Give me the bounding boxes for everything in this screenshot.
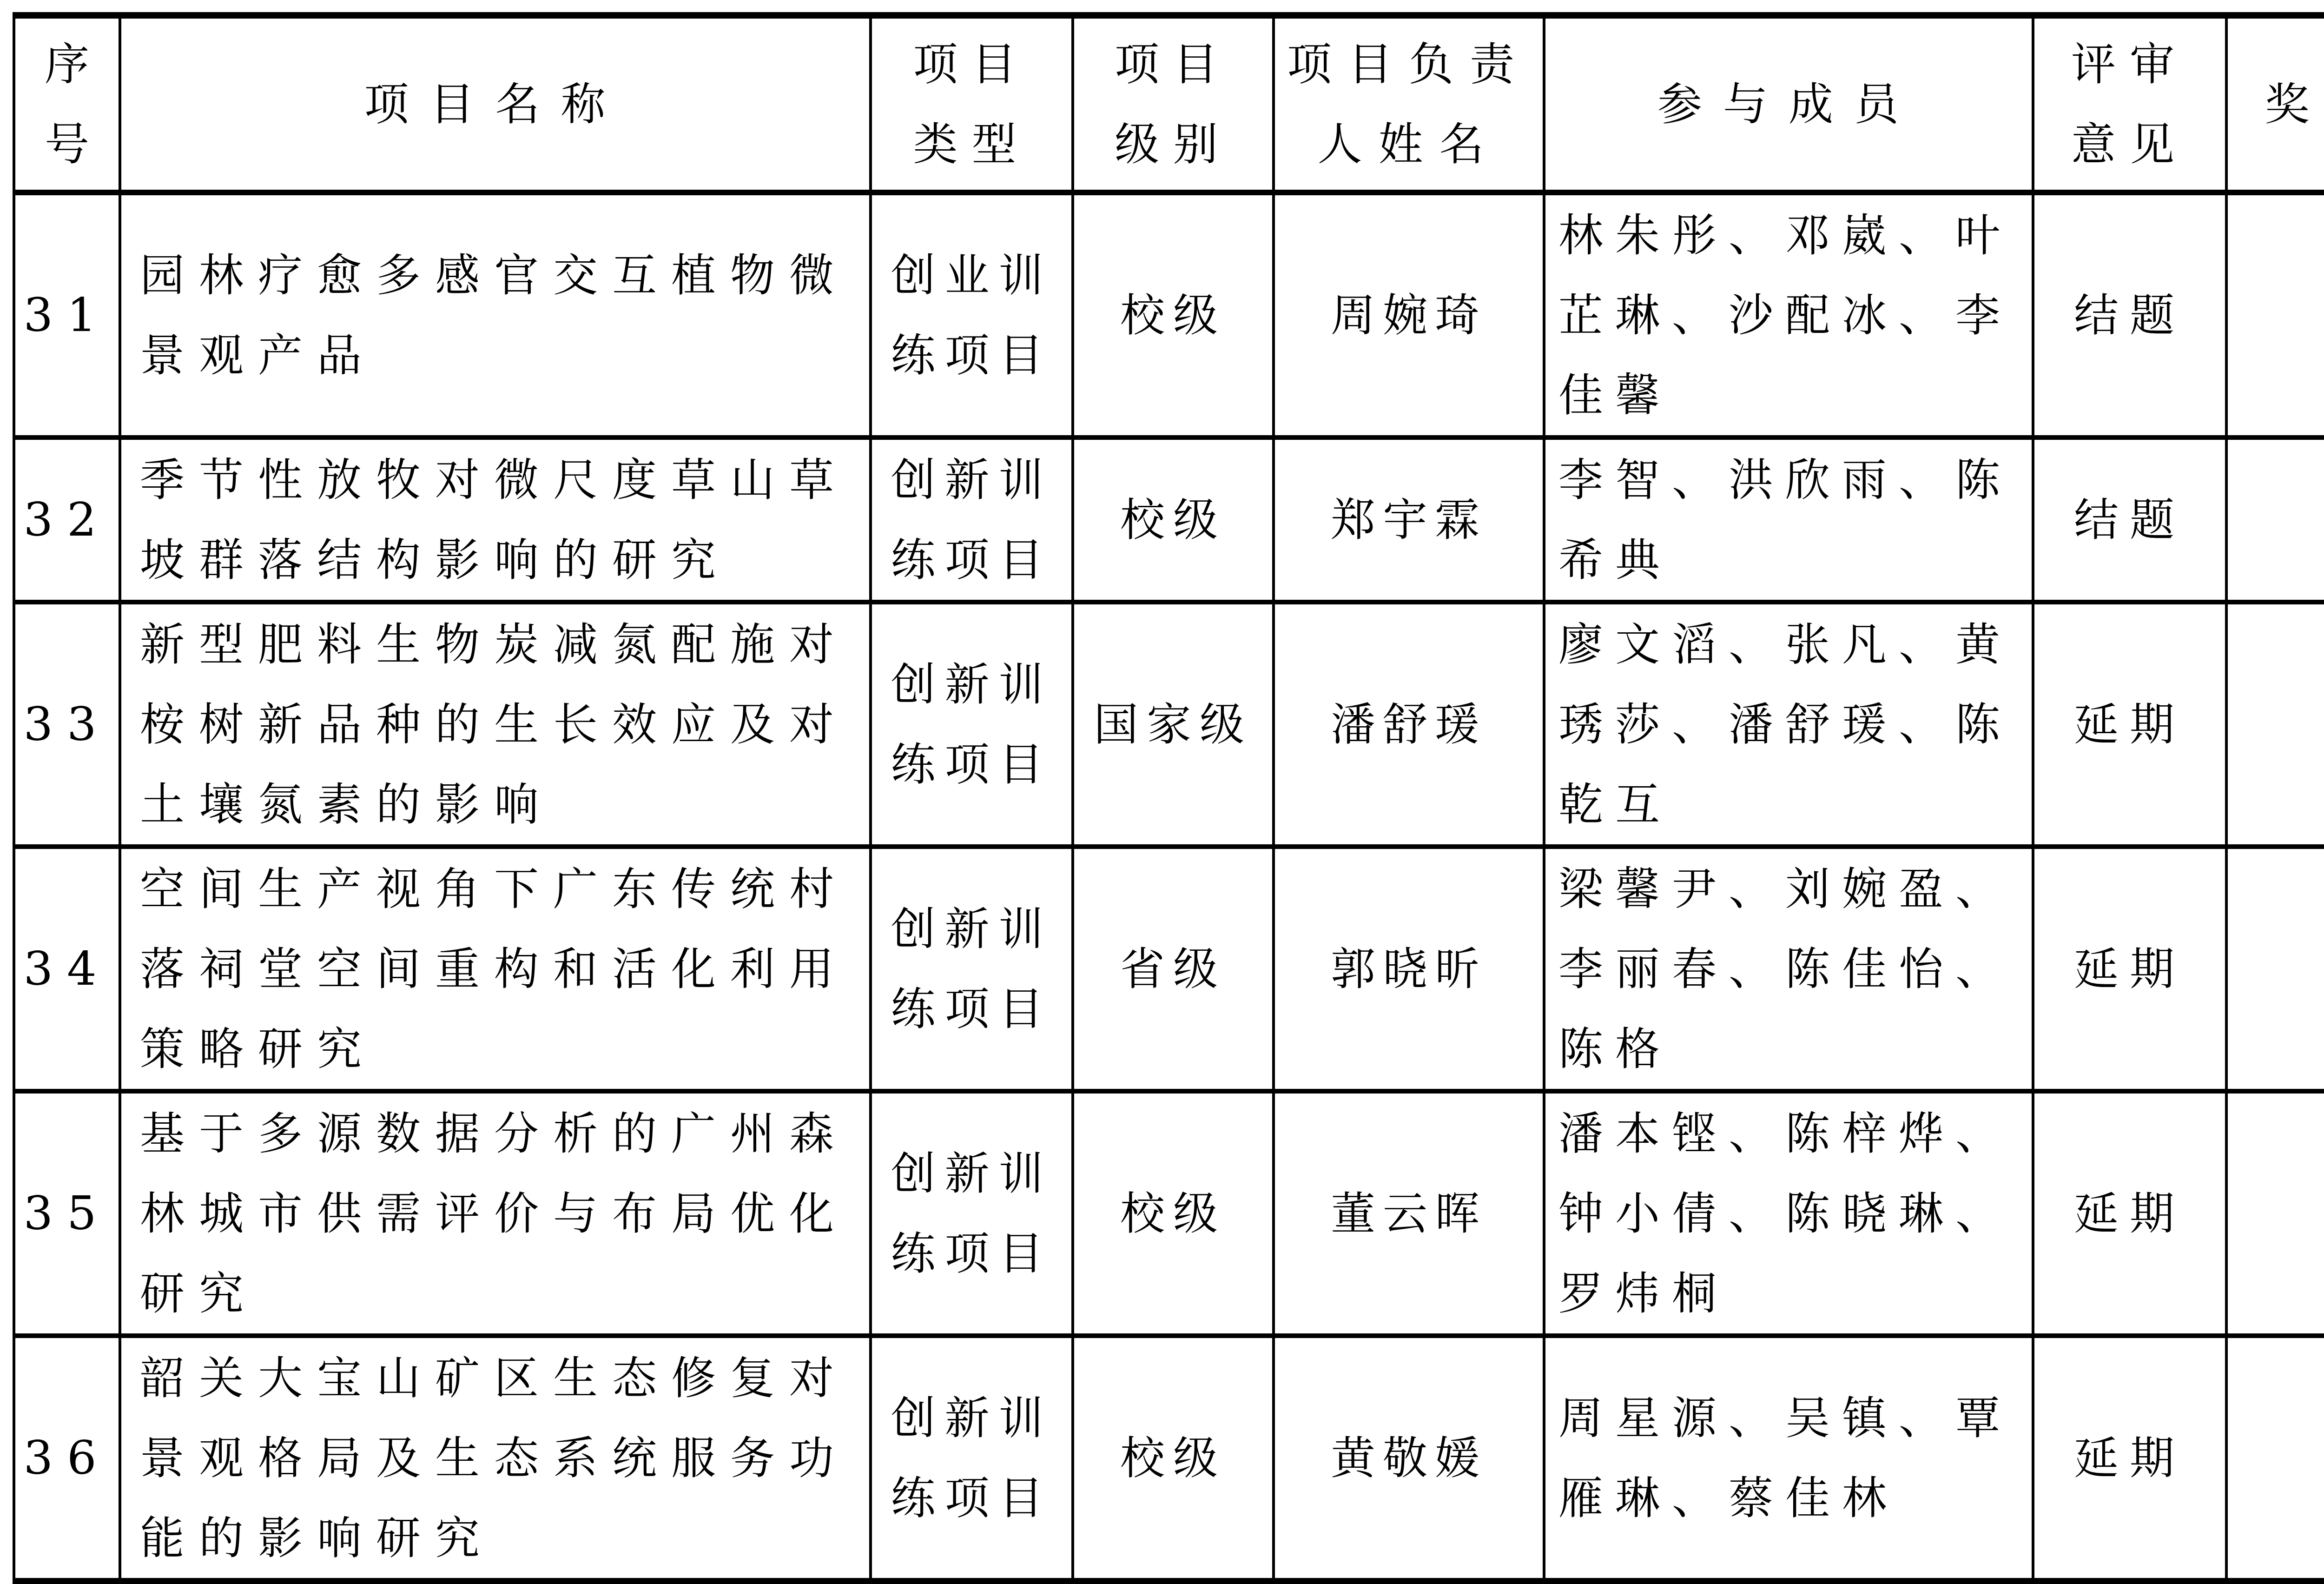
project-name-cell: 空间生产视角下广东传统村落祠堂空间重构和活化利用策略研究 bbox=[120, 847, 871, 1091]
serial-cell: 33 bbox=[14, 602, 120, 847]
members-cell: 李智、洪欣雨、陈希典 bbox=[1544, 437, 2033, 602]
header-project-type: 项目类型 bbox=[871, 15, 1073, 192]
project-level-cell: 校级 bbox=[1073, 1336, 1274, 1581]
table-row: 34 空间生产视角下广东传统村落祠堂空间重构和活化利用策略研究 创新训练项目 省… bbox=[14, 847, 2324, 1091]
review-opinion-cell: 延期 bbox=[2033, 1336, 2226, 1581]
leader-name-cell: 潘舒瑗 bbox=[1274, 602, 1544, 847]
leader-name-cell: 郭晓昕 bbox=[1274, 847, 1544, 1091]
members-cell: 林朱彤、邓崴、叶芷琳、沙配冰、李佳馨 bbox=[1544, 192, 2033, 437]
project-type-cell: 创新训练项目 bbox=[871, 1336, 1073, 1581]
header-leader-name: 项目负责人姓名 bbox=[1274, 15, 1544, 192]
header-review-opinion: 评审意见 bbox=[2033, 15, 2226, 192]
project-name-cell: 基于多源数据分析的广州森林城市供需评价与布局优化研究 bbox=[120, 1091, 871, 1336]
project-type-cell: 创新训练项目 bbox=[871, 602, 1073, 847]
serial-cell: 36 bbox=[14, 1336, 120, 1581]
project-name-cell: 韶关大宝山矿区生态修复对景观格局及生态系统服务功能的影响研究 bbox=[120, 1336, 871, 1581]
project-name-cell: 园林疗愈多感官交互植物微景观产品 bbox=[120, 192, 871, 437]
serial-cell: 32 bbox=[14, 437, 120, 602]
table-row: 32 季节性放牧对微尺度草山草坡群落结构影响的研究 创新训练项目 校级 郑宇霖 … bbox=[14, 437, 2324, 602]
award-cell bbox=[2226, 1091, 2324, 1336]
award-cell bbox=[2226, 847, 2324, 1091]
leader-name-cell: 郑宇霖 bbox=[1274, 437, 1544, 602]
review-opinion-cell: 延期 bbox=[2033, 1091, 2226, 1336]
serial-cell: 34 bbox=[14, 847, 120, 1091]
project-type-cell: 创业训练项目 bbox=[871, 192, 1073, 437]
table-row: 31 园林疗愈多感官交互植物微景观产品 创业训练项目 校级 周婉琦 林朱彤、邓崴… bbox=[14, 192, 2324, 437]
table-row: 33 新型肥料生物炭减氮配施对桉树新品种的生长效应及对土壤氮素的影响 创新训练项… bbox=[14, 602, 2324, 847]
review-opinion-cell: 延期 bbox=[2033, 847, 2226, 1091]
project-type-cell: 创新训练项目 bbox=[871, 437, 1073, 602]
members-cell: 潘本铿、陈梓烨、钟小倩、陈晓琳、罗炜桐 bbox=[1544, 1091, 2033, 1336]
header-members: 参与成员 bbox=[1544, 15, 2033, 192]
project-type-cell: 创新训练项目 bbox=[871, 847, 1073, 1091]
members-cell: 梁馨尹、刘婉盈、李丽春、陈佳怡、陈格 bbox=[1544, 847, 2033, 1091]
award-cell bbox=[2226, 602, 2324, 847]
header-award: 奖项 bbox=[2226, 15, 2324, 192]
header-serial: 序号 bbox=[14, 15, 120, 192]
review-opinion-cell: 结题 bbox=[2033, 437, 2226, 602]
leader-name-cell: 周婉琦 bbox=[1274, 192, 1544, 437]
projects-table: 序号 项目名称 项目类型 项目级别 项目负责人姓名 参与成员 评审意见 奖项 3… bbox=[13, 12, 2324, 1584]
project-name-cell: 季节性放牧对微尺度草山草坡群落结构影响的研究 bbox=[120, 437, 871, 602]
leader-name-cell: 董云晖 bbox=[1274, 1091, 1544, 1336]
project-level-cell: 校级 bbox=[1073, 437, 1274, 602]
review-opinion-cell: 结题 bbox=[2033, 192, 2226, 437]
document-page: 序号 项目名称 项目类型 项目级别 项目负责人姓名 参与成员 评审意见 奖项 3… bbox=[0, 0, 2324, 1543]
table-row: 35 基于多源数据分析的广州森林城市供需评价与布局优化研究 创新训练项目 校级 … bbox=[14, 1091, 2324, 1336]
members-cell: 周星源、吴镇、覃雁琳、蔡佳林 bbox=[1544, 1336, 2033, 1581]
award-cell bbox=[2226, 437, 2324, 602]
header-project-level: 项目级别 bbox=[1073, 15, 1274, 192]
members-cell: 廖文滔、张凡、黄琇莎、潘舒瑗、陈乾互 bbox=[1544, 602, 2033, 847]
table-row: 36 韶关大宝山矿区生态修复对景观格局及生态系统服务功能的影响研究 创新训练项目… bbox=[14, 1336, 2324, 1581]
project-type-cell: 创新训练项目 bbox=[871, 1091, 1073, 1336]
leader-name-cell: 黄敬媛 bbox=[1274, 1336, 1544, 1581]
header-project-name: 项目名称 bbox=[120, 15, 871, 192]
award-cell bbox=[2226, 192, 2324, 437]
serial-cell: 35 bbox=[14, 1091, 120, 1336]
project-level-cell: 省级 bbox=[1073, 847, 1274, 1091]
project-name-cell: 新型肥料生物炭减氮配施对桉树新品种的生长效应及对土壤氮素的影响 bbox=[120, 602, 871, 847]
header-row: 序号 项目名称 项目类型 项目级别 项目负责人姓名 参与成员 评审意见 奖项 bbox=[14, 15, 2324, 192]
project-level-cell: 校级 bbox=[1073, 192, 1274, 437]
project-level-cell: 国家级 bbox=[1073, 602, 1274, 847]
project-level-cell: 校级 bbox=[1073, 1091, 1274, 1336]
serial-cell: 31 bbox=[14, 192, 120, 437]
review-opinion-cell: 延期 bbox=[2033, 602, 2226, 847]
award-cell bbox=[2226, 1336, 2324, 1581]
